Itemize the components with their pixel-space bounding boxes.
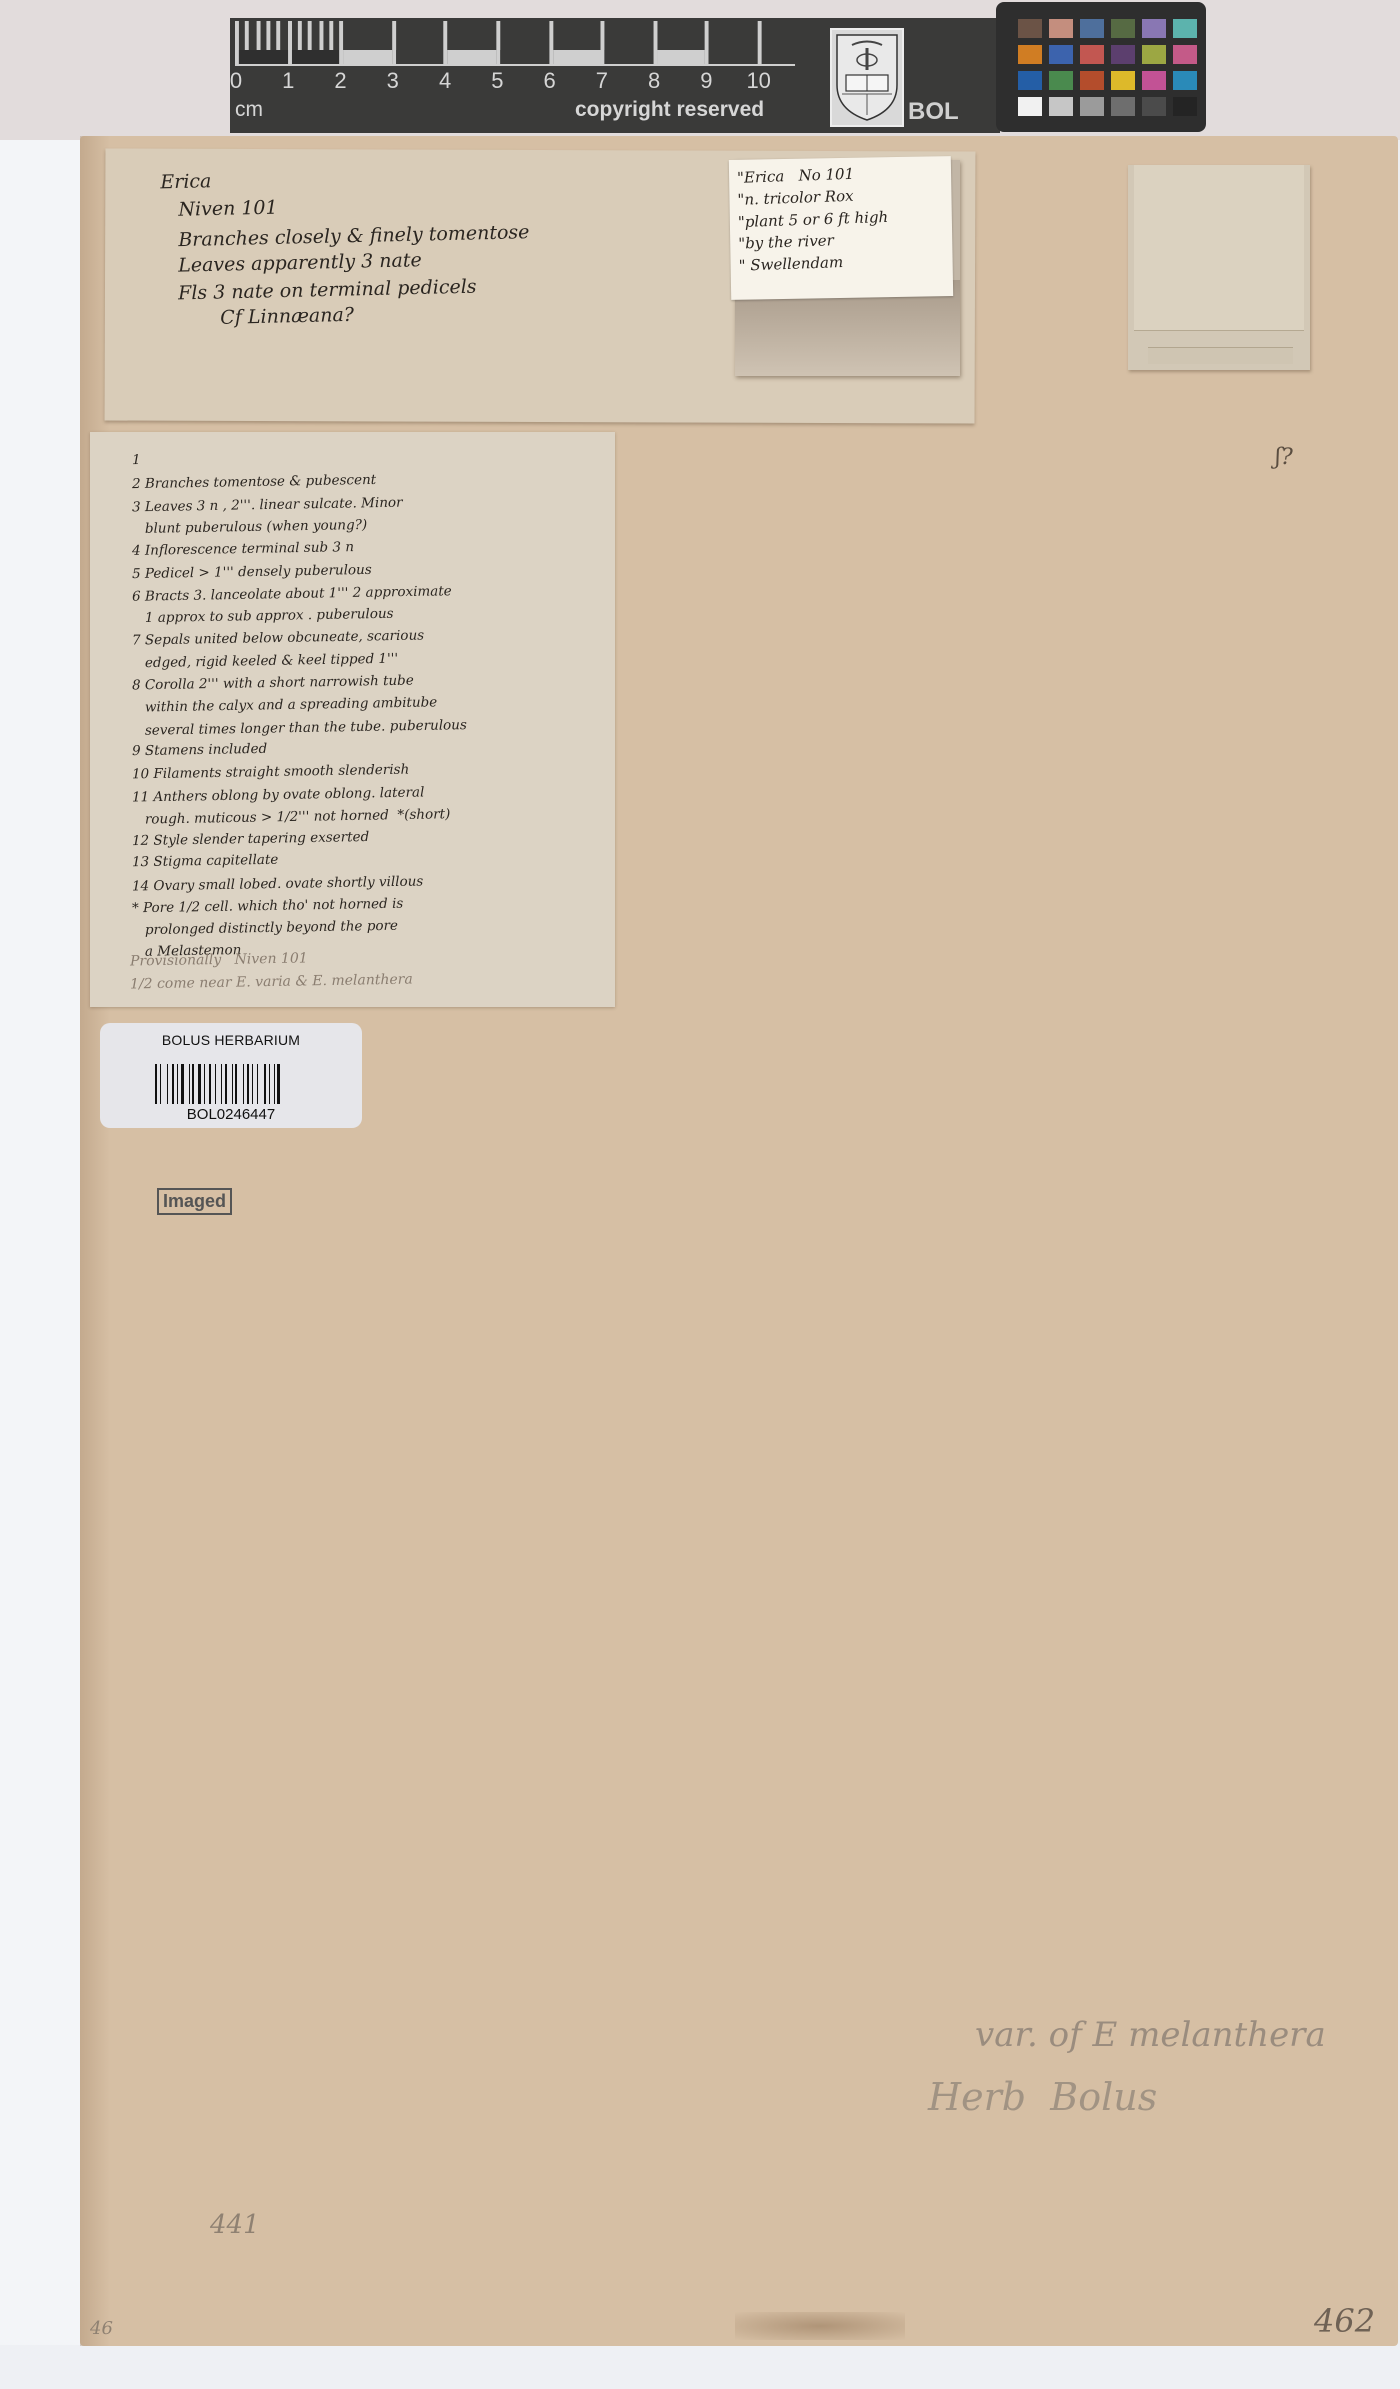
color-swatch xyxy=(1111,71,1135,90)
color-swatch xyxy=(1049,19,1073,38)
barcode-bar xyxy=(155,1064,157,1104)
ruler-tick-label: 0 xyxy=(230,68,242,94)
university-crest-icon xyxy=(830,28,904,127)
pencil-mark: ʃ? xyxy=(1275,445,1293,470)
note-line: Branches closely & finely tomentose xyxy=(160,221,530,251)
ruler-tick-label: 1 xyxy=(282,68,294,94)
fragment-packet-cover xyxy=(1134,165,1304,331)
ruler-tick-label: 7 xyxy=(596,68,608,94)
barcode-bar xyxy=(277,1064,280,1104)
note-line: Niven 101 xyxy=(160,197,278,222)
description-line: prolonged distinctly beyond the pore xyxy=(132,918,398,939)
description-line: * Pore 1/2 cell. which tho' not horned i… xyxy=(132,896,404,917)
barcode-bar xyxy=(269,1064,270,1104)
color-swatch xyxy=(1018,19,1042,38)
barcode-bar xyxy=(215,1064,216,1104)
pencil-line: 1/2 come near E. varia & E. melanthera xyxy=(130,972,413,993)
ruler-fine-tick xyxy=(308,21,312,50)
description-line: 5 Pedicel > 1''' densely puberulous xyxy=(132,561,372,581)
ruler-block xyxy=(605,50,653,64)
color-swatch xyxy=(1142,71,1166,90)
color-swatch xyxy=(1111,97,1135,116)
herbarium-annotation: Herb Bolus xyxy=(928,2075,1157,2119)
barcode-bar xyxy=(204,1064,205,1104)
ruler-segment xyxy=(705,21,757,66)
ruler-tick-label: 3 xyxy=(387,68,399,94)
institution-code: BOL xyxy=(908,98,959,126)
ruler-tick-label: 6 xyxy=(543,68,555,94)
determination-annotation: var. of E melanthera xyxy=(975,2015,1326,2055)
ruler-block xyxy=(239,50,287,64)
barcode-bar xyxy=(274,1064,275,1104)
collector-line: "plant 5 or 6 ft high xyxy=(738,208,889,231)
note-line: Leaves apparently 3 nate xyxy=(160,249,422,277)
color-swatch xyxy=(1111,19,1135,38)
description-line: 1 xyxy=(132,452,141,468)
ruler-segment xyxy=(444,21,496,66)
note-line: Erica xyxy=(160,170,211,193)
unit-label: cm xyxy=(235,98,263,122)
barcode-bar xyxy=(209,1064,211,1104)
bottom-background xyxy=(0,2345,1400,2389)
barcode-bar xyxy=(172,1064,174,1104)
collector-line: " Swellendam xyxy=(738,253,843,275)
ruler-segment xyxy=(392,21,444,66)
barcode-bar xyxy=(181,1064,184,1104)
color-swatch xyxy=(1080,45,1104,64)
description-line: 1 approx to sub approx . puberulous xyxy=(132,606,394,627)
description-line: blunt puberulous (when young?) xyxy=(132,517,367,537)
barcode-bar xyxy=(189,1064,190,1104)
ruler-block xyxy=(500,50,548,64)
ruler-fine-tick xyxy=(319,21,323,50)
color-swatch xyxy=(1173,97,1197,116)
color-swatch xyxy=(1049,45,1073,64)
ruler-segment xyxy=(653,21,705,66)
ruler-ticks: 012345678910 xyxy=(230,68,530,98)
color-swatch xyxy=(1080,71,1104,90)
barcode-bar xyxy=(243,1064,244,1104)
ruler-segment xyxy=(496,21,548,66)
description-line: 2 Branches tomentose & pubescent xyxy=(132,472,376,492)
corner-mark: 46 xyxy=(90,2318,113,2339)
barcode-bar xyxy=(160,1064,161,1104)
ruler-block xyxy=(343,50,391,64)
ruler-baseline xyxy=(235,64,795,66)
copyright-label: copyright reserved xyxy=(575,98,764,122)
ruler-segment xyxy=(340,21,392,66)
ruler-tick-label: 4 xyxy=(439,68,451,94)
barcode-bar xyxy=(257,1064,258,1104)
color-swatch xyxy=(1142,19,1166,38)
pencil-line: Provisionally Niven 101 xyxy=(130,950,308,969)
barcode-bar xyxy=(221,1064,222,1104)
ruler-segment xyxy=(601,21,653,66)
color-swatch xyxy=(1080,19,1104,38)
barcode-bar xyxy=(167,1064,168,1104)
ruler-fine-tick xyxy=(256,21,260,50)
description-line: 8 Corolla 2''' with a short narrowish tu… xyxy=(132,673,414,694)
color-calibration-chart xyxy=(996,2,1206,132)
barcode-number: BOL0246447 xyxy=(100,1106,362,1123)
note-line: Fls 3 nate on terminal pedicels xyxy=(160,276,477,305)
color-swatch xyxy=(1018,71,1042,90)
color-swatch xyxy=(1142,97,1166,116)
barcode-bar xyxy=(198,1064,201,1104)
description-line: 11 Anthers oblong by ovate oblong. later… xyxy=(132,784,425,805)
description-line: edged, rigid keeled & keel tipped 1''' xyxy=(132,650,398,671)
description-line: 3 Leaves 3 n , 2'''. linear sulcate. Min… xyxy=(132,494,403,515)
ruler-tick-label: 9 xyxy=(700,68,712,94)
description-line: several times longer than the tube. pube… xyxy=(132,717,467,739)
barcode-bar xyxy=(192,1064,194,1104)
description-line: within the calyx and a spreading ambitub… xyxy=(132,695,437,716)
ruler-block xyxy=(657,50,705,64)
barcode-label: BOLUS HERBARIUM BOL0246447 xyxy=(100,1023,362,1128)
color-swatch xyxy=(1142,45,1166,64)
sheet-smudge xyxy=(735,2312,905,2340)
folio-number: 462 xyxy=(1314,2302,1375,2340)
scale-bar: 012345678910 cm copyright reserved BOL xyxy=(230,18,1000,133)
sheet-number-annotation: 441 xyxy=(210,2210,260,2240)
ruler-fine-tick xyxy=(277,21,281,50)
left-background xyxy=(0,140,80,2389)
ruler-tick-label: 8 xyxy=(648,68,660,94)
barcode-icon xyxy=(155,1064,315,1104)
ruler-block xyxy=(448,50,496,64)
color-swatch xyxy=(1049,97,1073,116)
barcode-bar xyxy=(225,1064,227,1104)
description-line: 6 Bracts 3. lanceolate about 1''' 2 appr… xyxy=(132,583,452,605)
description-line: 12 Style slender tapering exserted xyxy=(132,829,369,849)
description-line: 10 Filaments straight smooth slenderish xyxy=(132,762,409,783)
collector-line: "by the river xyxy=(738,231,834,252)
ruler-block xyxy=(553,50,601,64)
color-swatch xyxy=(1018,45,1042,64)
ruler-tick-label: 10 xyxy=(746,68,770,94)
color-swatch xyxy=(1173,19,1197,38)
description-note: 12 Branches tomentose & pubescent3 Leave… xyxy=(90,432,615,1007)
barcode-bar xyxy=(264,1064,266,1104)
ruler-block xyxy=(291,50,339,64)
ruler-segment xyxy=(758,21,762,66)
description-line: 4 Inflorescence terminal sub 3 n xyxy=(132,539,354,559)
barcode-bar xyxy=(177,1064,178,1104)
fragment-packet-fold xyxy=(1148,347,1293,364)
ruler-fine-tick xyxy=(266,21,270,50)
imaged-stamp: Imaged xyxy=(157,1188,232,1215)
ruler-tick-label: 5 xyxy=(491,68,503,94)
barcode-title: BOLUS HERBARIUM xyxy=(100,1032,362,1048)
collector-label: "Erica No 101"n. tricolor Rox"plant 5 or… xyxy=(729,156,953,300)
color-swatch xyxy=(1080,97,1104,116)
color-swatch xyxy=(1049,71,1073,90)
note-line: Cf Linnæana? xyxy=(160,304,355,330)
ruler-block xyxy=(709,50,757,64)
ruler xyxy=(235,21,795,66)
ruler-fine-tick xyxy=(329,21,333,50)
barcode-bar xyxy=(247,1064,249,1104)
color-swatch xyxy=(1111,45,1135,64)
color-swatch xyxy=(1173,71,1197,90)
ruler-block xyxy=(396,50,444,64)
description-line: rough. muticous > 1/2''' not horned *(sh… xyxy=(132,806,451,828)
ruler-segment xyxy=(549,21,601,66)
barcode-bar xyxy=(235,1064,237,1104)
description-line: 13 Stigma capitellate xyxy=(132,852,279,871)
description-line: 14 Ovary small lobed. ovate shortly vill… xyxy=(132,873,424,894)
collector-line: "Erica No 101 xyxy=(737,165,855,187)
ruler-tick-label: 2 xyxy=(334,68,346,94)
ruler-fine-tick xyxy=(245,21,249,50)
ruler-fine-tick xyxy=(298,21,302,50)
color-swatch xyxy=(1018,97,1042,116)
barcode-bar xyxy=(252,1064,253,1104)
color-swatch xyxy=(1173,45,1197,64)
description-line: 7 Sepals united below obcuneate, scariou… xyxy=(132,628,424,649)
collector-line: "n. tricolor Rox xyxy=(737,187,854,209)
description-line: 9 Stamens included xyxy=(132,741,267,759)
barcode-bar xyxy=(232,1064,233,1104)
ruler-fine-tick xyxy=(287,21,291,50)
fragment-packet[interactable] xyxy=(1128,165,1310,370)
